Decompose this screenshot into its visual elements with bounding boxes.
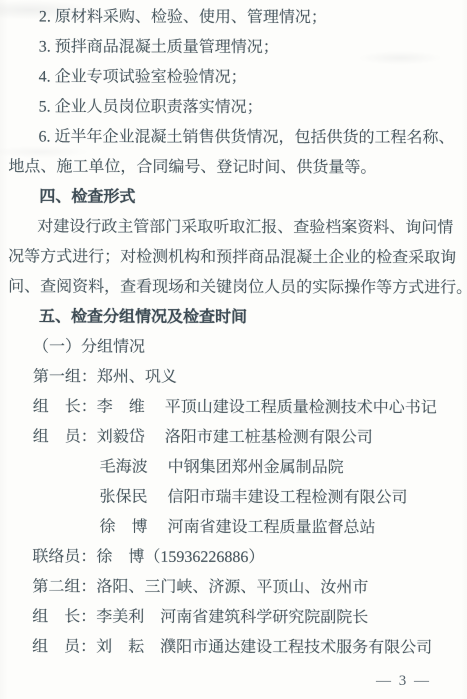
list-item-6-continued: 地点、施工单位，合同编号、登记时间、供货量等。 [8, 152, 465, 183]
list-item-5: 5. 企业人员岗位职责落实情况； [39, 92, 466, 123]
list-item-2: 2. 原材料采购、检验、使用、管理情况； [39, 2, 466, 33]
subheading-grouping: （一）分组情况 [33, 332, 465, 363]
section-heading-5: 五、检查分组情况及检查时间 [39, 302, 465, 333]
scanned-document-page: 2. 原材料采购、检验、使用、管理情况； 3. 预拌商品混凝土质量管理情况； 4… [0, 0, 467, 699]
group1-liaison: 联络员：徐 博（15936226886） [32, 542, 464, 573]
group1-member-1: 组 员：刘毅岱 洛阳市建工桩基检测有限公司 [33, 422, 465, 453]
group2-leader: 组 长：李美利 河南省建筑科学研究院副院长 [32, 602, 464, 633]
list-item-6: 6. 近半年企业混凝土销售供货情况，包括供货的工程名称、 [38, 122, 465, 153]
group1-member-2: 毛海波 中钢集团郑州金属制品院 [100, 453, 465, 484]
section-heading-4: 四、检查形式 [39, 182, 465, 213]
group2-member-1: 组 员：刘 耘 濮阳市通达建设工程技术服务有限公司 [32, 632, 464, 663]
paragraph-method-line3: 问、查阅资料，查看现场和关键岗位人员的实际操作等方式进行。 [8, 272, 465, 303]
list-item-4: 4. 企业专项试验室检验情况； [39, 62, 466, 93]
group1-member-3: 张保民 信阳市瑞丰建设工程检测有限公司 [100, 483, 465, 514]
group1-member-4: 徐 博 河南省建设工程质量监督总站 [99, 513, 464, 544]
group1-leader: 组 长：李 维 平顶山建设工程质量检测技术中心书记 [33, 392, 465, 423]
paragraph-method-line1: 对建设行政主管部门采取听取汇报、查验档案资料、询问情 [37, 212, 465, 243]
group1-title: 第一组：郑州、巩义 [33, 362, 465, 393]
page-number: — 3 — [376, 673, 431, 690]
group2-title: 第二组：洛阳、三门峡、济源、平顶山、汝州市 [32, 572, 464, 603]
paragraph-method-line2: 况等方式进行；对检测机构和预拌商品混凝土企业的检查采取询 [8, 242, 465, 273]
list-item-3: 3. 预拌商品混凝土质量管理情况； [39, 32, 466, 63]
document-body: 2. 原材料采购、检验、使用、管理情况； 3. 预拌商品混凝土质量管理情况； 4… [7, 2, 466, 663]
